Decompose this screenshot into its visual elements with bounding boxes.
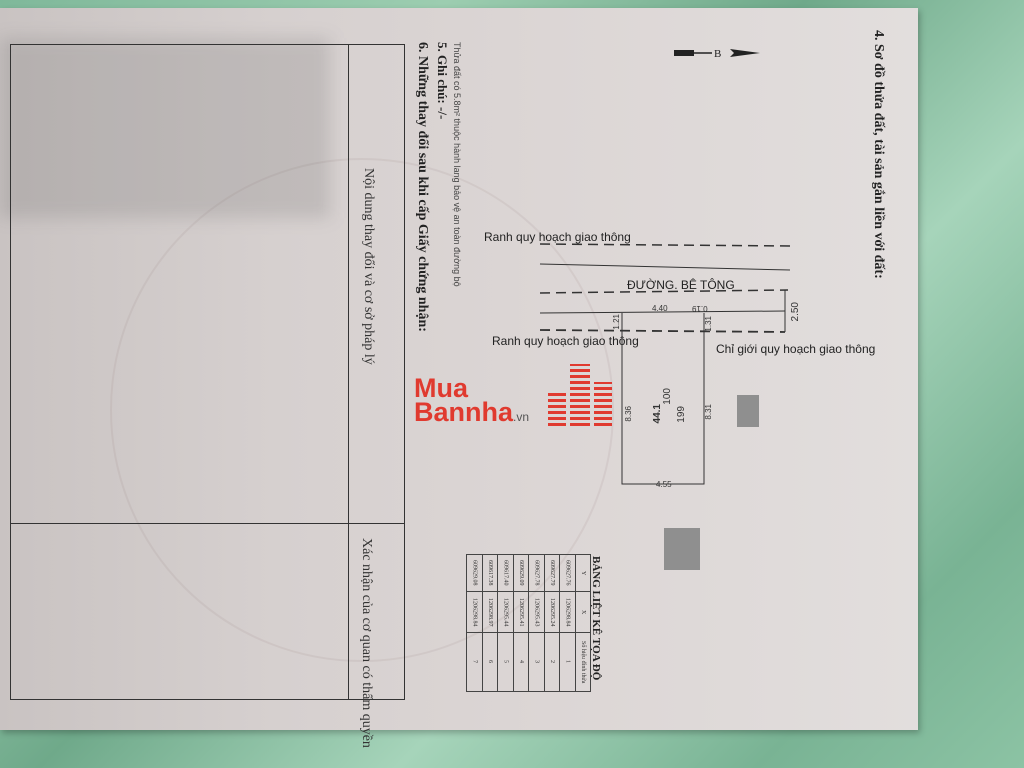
dim-left-side: 8.36: [624, 406, 633, 422]
watermark-buildings-icon: [548, 364, 614, 426]
coord-table-cell: 609617.38: [482, 555, 498, 592]
dim-right-side: 8.31: [704, 404, 713, 420]
watermark-logo: Mua Bannha.vn: [414, 376, 529, 429]
dim-back-width: 4.55: [656, 480, 672, 489]
parcel-area: 44.1: [652, 404, 663, 423]
coord-table-cell: 609617.40: [498, 555, 514, 592]
coord-table-cell: 609627.76: [560, 555, 576, 592]
coord-table-cell: 609627.78: [529, 555, 545, 592]
coord-table-cell: 1206295.44: [498, 592, 514, 633]
coordinate-table: 609629.08609617.38609617.40609629.096096…: [466, 554, 591, 692]
coord-table-cell: X: [575, 592, 591, 633]
coord-table-cell: 609629.09: [513, 555, 529, 592]
coord-table-cell: Số hiệu đỉnh thửa: [575, 632, 591, 691]
coord-table-cell: Y: [575, 555, 591, 592]
coord-table-cell: 1206295.43: [529, 592, 545, 633]
road-name: ĐƯỜNG. BÊ TÔNG: [627, 278, 735, 292]
parcel-number: 199: [676, 406, 687, 423]
coord-table-cell: 609629.08: [467, 555, 483, 592]
coord-table-title: BẢNG LIỆT KÊ TỌA ĐỘ: [590, 556, 602, 680]
watermark-suffix: .vn: [513, 410, 529, 424]
coord-table-cell: 1: [560, 632, 576, 691]
coord-table-cell: 1206295.24: [544, 592, 560, 633]
label-top-planning-line: Ranh quy hoạch giao thông: [484, 230, 631, 244]
coord-table-cell: 1206298.84: [467, 592, 483, 633]
dim-front-width: 4.40: [652, 304, 668, 313]
parcel-map-sheet: 100: [662, 388, 673, 405]
coord-table-row: 609629.08609617.38609617.40609629.096096…: [467, 555, 591, 592]
coord-table-cell: 1206298.97: [482, 592, 498, 633]
coord-table-cell: 4: [513, 632, 529, 691]
coord-table-cell: 609627.79: [544, 555, 560, 592]
dim-right-offset: 2.50: [790, 302, 801, 321]
coord-table-cell: 1206298.84: [560, 592, 576, 633]
dim-front-small: 0.19: [692, 304, 708, 313]
redaction-box: [737, 395, 759, 427]
coord-table-cell: 3: [529, 632, 545, 691]
coord-table-cell: 2: [544, 632, 560, 691]
label-boundary-line: Chỉ giới quy hoạch giao thông: [716, 342, 875, 356]
dim-left-setback: 1.21: [612, 314, 621, 330]
coord-table-cell: 5: [498, 632, 514, 691]
coord-table-cell: 1206295.41: [513, 592, 529, 633]
label-bottom-planning-line: Ranh quy hoạch giao thông: [492, 334, 639, 348]
land-certificate-page: 4. Sơ đồ thửa đất, tài sản gắn liền với …: [0, 8, 918, 730]
redaction-box: [664, 528, 700, 570]
coord-table-cell: 6: [482, 632, 498, 691]
watermark-line2: Bannha: [414, 397, 513, 427]
coord-table-row: 7654321Số hiệu đỉnh thửa: [467, 632, 591, 691]
coord-table-row: 1206298.841206298.971206295.441206295.41…: [467, 592, 591, 633]
parcel-diagram: [0, 8, 918, 730]
coord-table-cell: 7: [467, 632, 483, 691]
dim-right-setback: 1.31: [704, 316, 713, 332]
